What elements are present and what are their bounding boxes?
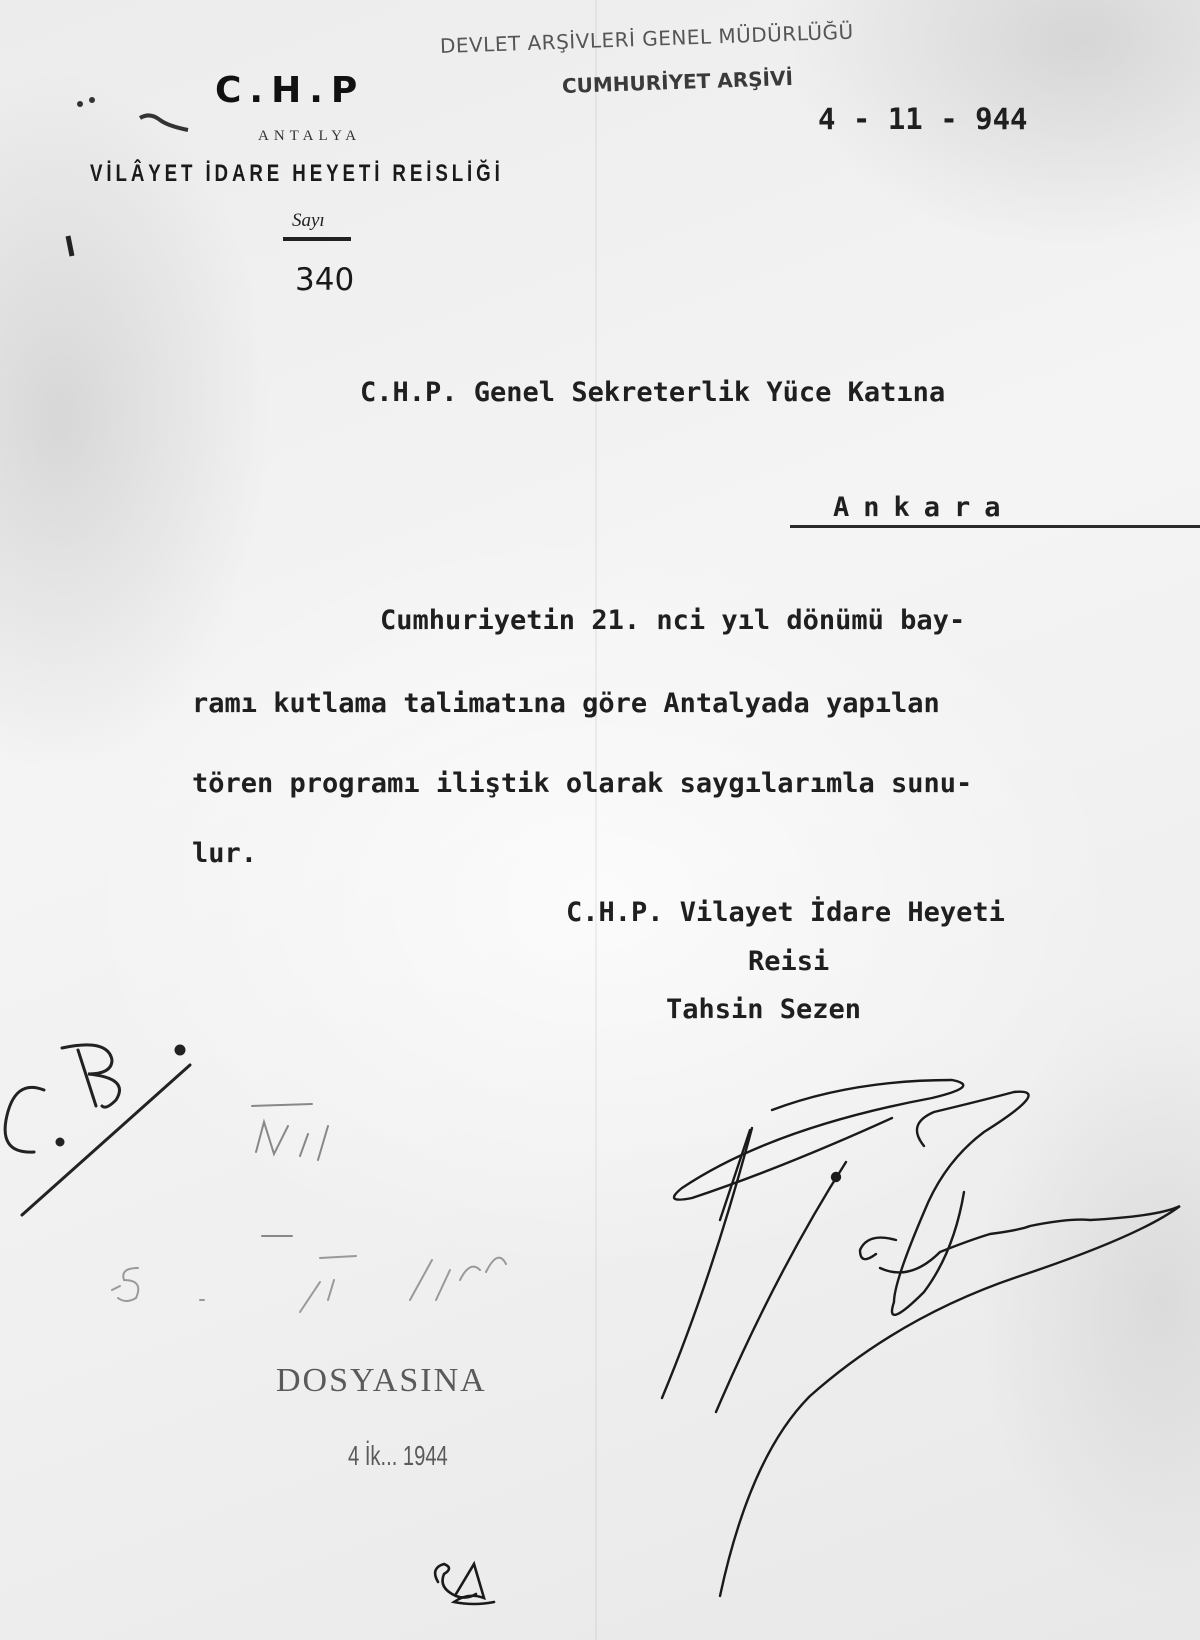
paper-background <box>0 0 1200 1640</box>
filing-stamp-label: DOSYASINA <box>276 1362 487 1400</box>
signatory-name: Tahsin Sezen <box>666 994 861 1025</box>
body-line: lur. <box>192 838 257 869</box>
body-line: tören programı iliştik olarak saygılarım… <box>192 768 972 799</box>
body-line: ramı kutlama talimatına göre Antalyada y… <box>192 688 940 719</box>
body-line: Cumhuriyetin 21. nci yıl dönümü bay- <box>380 605 965 636</box>
filing-stamp-date: 4 İk... 1944 <box>348 1440 448 1472</box>
addressee: C.H.P. Genel Sekreterlik Yüce Katına <box>360 377 945 408</box>
letter-date: 4 - 11 - 944 <box>818 102 1028 136</box>
number-underline <box>283 237 351 241</box>
paper-fold <box>595 0 597 1640</box>
signature-title: C.H.P. Vilayet İdare Heyeti <box>566 897 1005 928</box>
number-label: Sayı <box>292 210 325 232</box>
letterhead-office: VİLÂYET İDARE HEYETİ REİSLİĞİ <box>90 160 504 188</box>
signature-role: Reisi <box>748 946 829 977</box>
letterhead-party: C.H.P <box>215 70 365 111</box>
city-underline <box>790 525 1200 528</box>
letterhead-city: ANTALYA <box>258 128 361 145</box>
recipient-city: Ankara <box>833 492 1015 523</box>
document-number: 340 <box>295 262 354 298</box>
